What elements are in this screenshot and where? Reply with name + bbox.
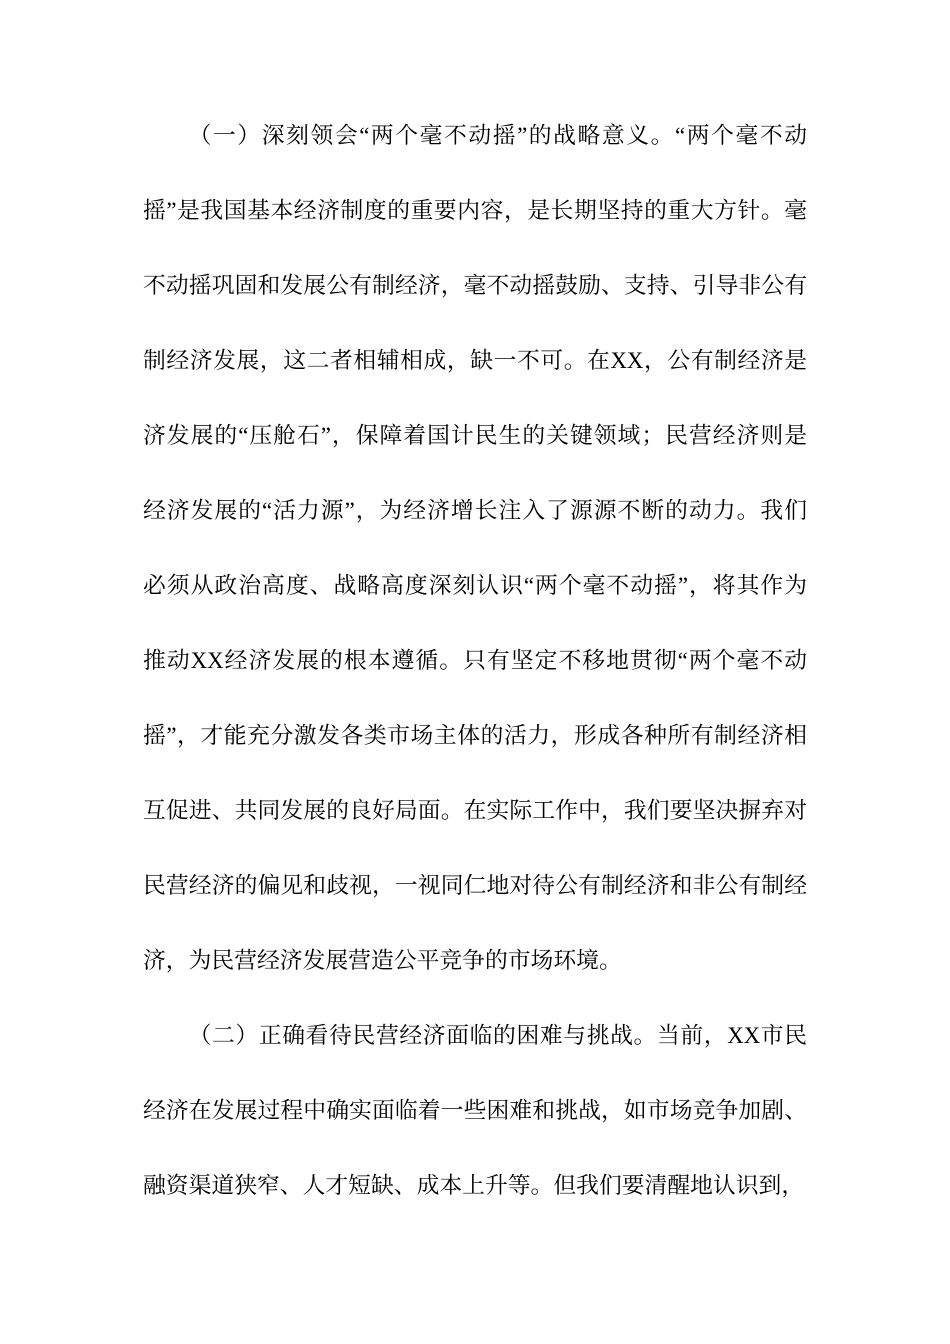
text-line: 济，为民营经济发展营造公平竞争的市场环境。: [143, 923, 807, 998]
text-line: （二）正确看待民营经济面临的困难与挑战。当前，XX市民营: [143, 998, 807, 1073]
text-line: 摇”，才能充分激发各类市场主体的活力，形成各种所有制经济相: [143, 698, 807, 773]
text-line: 制经济发展，这二者相辅相成，缺一不可。在XX，公有制经济是经: [143, 323, 807, 398]
text-line: 济发展的“压舱石”，保障着国计民生的关键领域；民营经济则是: [143, 398, 807, 473]
text-line: 摇”是我国基本经济制度的重要内容，是长期坚持的重大方针。毫: [143, 173, 807, 248]
text-line: 融资渠道狭窄、人才短缺、成本上升等。但我们要清醒地认识到，: [143, 1148, 807, 1223]
text-line: 互促进、共同发展的良好局面。在实际工作中，我们要坚决摒弃对: [143, 773, 807, 848]
text-line: 必须从政治高度、战略高度深刻认识“两个毫不动摇”，将其作为: [143, 548, 807, 623]
paragraph-1: （一）深刻领会“两个毫不动摇”的战略意义。“两个毫不动 摇”是我国基本经济制度的…: [143, 98, 807, 998]
text-line: 民营经济的偏见和歧视，一视同仁地对待公有制经济和非公有制经: [143, 848, 807, 923]
paragraph-2: （二）正确看待民营经济面临的困难与挑战。当前，XX市民营 经济在发展过程中确实面…: [143, 998, 807, 1223]
text-line: 推动XX经济发展的根本遵循。只有坚定不移地贯彻“两个毫不动: [143, 623, 807, 698]
text-line: 不动摇巩固和发展公有制经济，毫不动摇鼓励、支持、引导非公有: [143, 248, 807, 323]
document-page: （一）深刻领会“两个毫不动摇”的战略意义。“两个毫不动 摇”是我国基本经济制度的…: [0, 0, 950, 1344]
text-line: （一）深刻领会“两个毫不动摇”的战略意义。“两个毫不动: [143, 98, 807, 173]
text-line: 经济发展的“活力源”，为经济增长注入了源源不断的动力。我们: [143, 473, 807, 548]
text-line: 经济在发展过程中确实面临着一些困难和挑战，如市场竞争加剧、: [143, 1073, 807, 1148]
